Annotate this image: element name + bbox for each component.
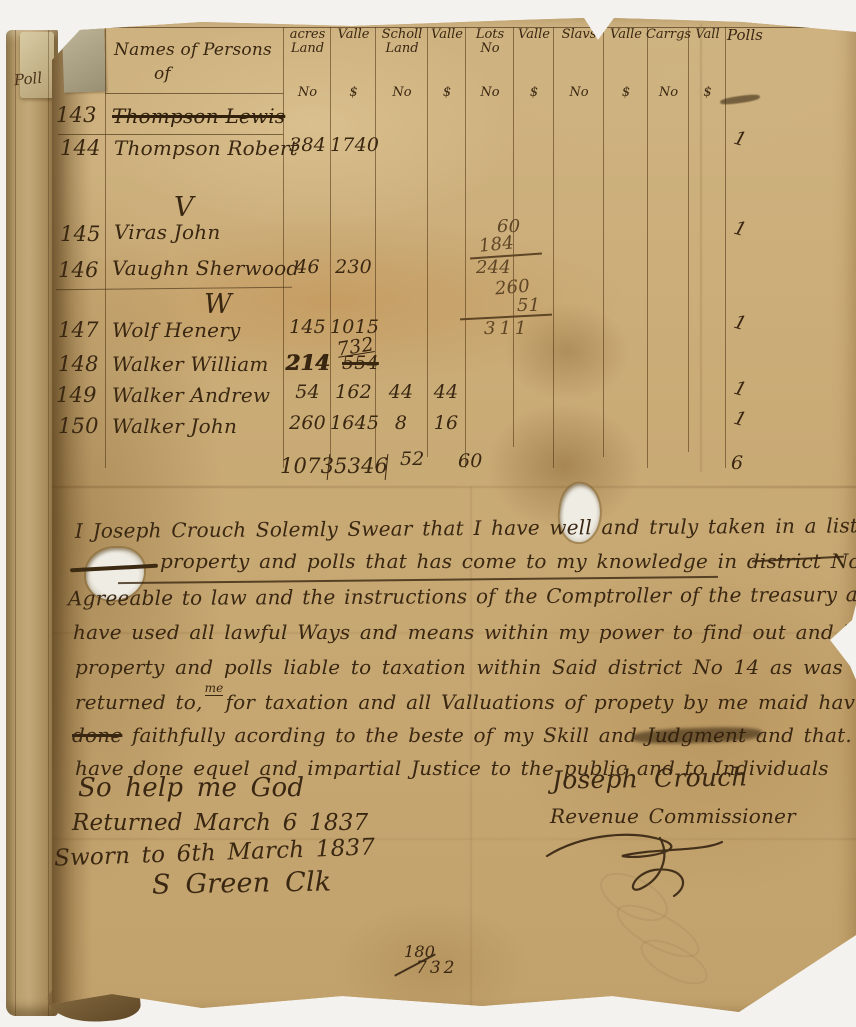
col-unit: $ <box>530 86 538 100</box>
fold-line <box>48 30 49 1016</box>
row-146-underline <box>56 287 292 290</box>
col-label: Vall <box>695 28 719 42</box>
section-letter-v: V <box>174 192 194 223</box>
col-label: Slavs <box>562 28 597 42</box>
oath-line-6: returned to,mefor taxation and all Vallu… <box>75 690 856 714</box>
colhead-valle-1: Valle $ <box>332 28 375 100</box>
fold-crease <box>52 486 856 488</box>
col-label: Lots No <box>467 28 513 55</box>
col-unit: $ <box>349 86 357 100</box>
acres-valuation: 162 <box>330 381 377 403</box>
col-label: Carrgs <box>646 28 691 42</box>
column-rule <box>553 27 554 468</box>
inserted-word: me <box>205 681 224 696</box>
column-rule <box>105 27 106 468</box>
colhead-acres-land: acres Land No <box>285 28 330 100</box>
clerk-signature: S Green Clk <box>152 866 332 900</box>
row-number: 150 <box>58 414 99 438</box>
fraction-denominator: 732 <box>416 958 457 978</box>
scanned-document: Poll 1 1 1 1 1 1 1 1 1 1 1 1 1 15 <box>0 0 856 1027</box>
so-help-me-god: So help me God <box>78 773 304 803</box>
colhead-scholl-land: Scholl Land No <box>377 28 427 100</box>
column-rule <box>725 27 726 468</box>
colhead-valle-2: Valle $ <box>429 28 465 100</box>
acres-valuation: 1740 <box>330 134 377 156</box>
colhead-valle-4: Valle $ <box>605 28 647 100</box>
tape-patch <box>62 27 106 92</box>
acres-valuation: 230 <box>330 256 377 278</box>
struck-valuation: 554 <box>342 352 379 374</box>
col-label: Valle <box>338 28 370 42</box>
row-name: Walker Andrew <box>112 383 270 407</box>
names-header: Names of Persons <box>114 40 272 60</box>
col-unit: $ <box>703 86 711 100</box>
row-number: 149 <box>56 383 97 407</box>
school-land-value: 44 <box>375 381 427 403</box>
col-unit: No <box>569 86 588 100</box>
margin-arith: 51 <box>517 295 540 316</box>
signature-joseph-crouch: Joseph Crouch <box>552 762 748 794</box>
row-name: Wolf Henery <box>112 318 240 342</box>
column-rule <box>647 27 648 468</box>
col-label: Scholl Land <box>377 28 427 55</box>
row-number: 144 <box>60 136 101 160</box>
row-name: Thompson Robert <box>114 136 298 160</box>
total-polls: 6 <box>731 452 743 474</box>
total-school-val: 60 <box>458 450 483 472</box>
polls-tick: 1 <box>731 407 749 432</box>
polls-tick: 1 <box>731 217 749 242</box>
oath-line-6-start: returned to, <box>75 690 203 714</box>
col-unit: No <box>480 86 499 100</box>
acres-valuation: 1645 <box>330 412 377 434</box>
school-land-valuation: 16 <box>425 412 467 434</box>
column-rule <box>283 27 284 468</box>
struck-word: done <box>72 723 122 747</box>
school-land-valuation: 44 <box>425 381 467 403</box>
oath-line-1: I Joseph Crouch Solemly Swear that I hav… <box>75 513 856 543</box>
col-label: Polls <box>727 28 763 44</box>
col-label: Valle <box>610 28 642 42</box>
colhead-valle-3: Valle $ <box>515 28 553 100</box>
fold-crease <box>52 838 856 840</box>
col-unit: No <box>392 86 411 100</box>
margin-arith: 184 <box>478 232 515 257</box>
polls-tick: 1 <box>731 377 749 402</box>
col-label: acres Land <box>285 28 330 55</box>
row-number: 148 <box>58 352 99 376</box>
total-school: 52 <box>400 448 425 470</box>
col-unit: $ <box>622 86 630 100</box>
row-number: 145 <box>60 222 101 246</box>
section-letter-w: W <box>204 289 232 320</box>
school-land-value: 8 <box>375 412 427 434</box>
ledger-page: Names of Persons of acres Land No Valle … <box>52 16 856 1012</box>
acres-value: 54 <box>285 381 330 403</box>
row-name: Walker William <box>112 352 269 376</box>
margin-arith: 311 <box>484 318 530 339</box>
prev-page-polls-header: Poll <box>13 69 43 89</box>
colhead-polls: Polls <box>727 28 797 100</box>
column-rule <box>603 27 604 457</box>
polls-tick: 1 <box>731 127 749 152</box>
col-unit: No <box>659 86 678 100</box>
col-unit: No <box>298 86 317 100</box>
acres-value: 260 <box>285 412 330 434</box>
col-label: Valle <box>518 28 550 42</box>
title-revenue-commissioner: Revenue Commissioner <box>550 804 796 828</box>
row-143-underline <box>58 134 283 135</box>
colhead-slavs: Slavs No <box>555 28 603 100</box>
total-acres-val: 5346 <box>334 454 388 478</box>
oath-line-4: have used all lawful Ways and means with… <box>73 620 856 644</box>
col-label: Valle <box>431 28 463 42</box>
margin-arith: 244 <box>476 257 511 278</box>
oath-line-3: Agreeable to law and the instructions of… <box>68 582 856 611</box>
colhead-vall: Vall $ <box>690 28 725 100</box>
colhead-carrgs: Carrgs No <box>649 28 688 100</box>
acres-value: 145 <box>285 316 330 338</box>
col-unit: $ <box>443 86 451 100</box>
row-name: Walker John <box>112 414 237 438</box>
oath-line-5: property and polls liable to taxation wi… <box>75 655 856 679</box>
colhead-lots: Lots No No <box>467 28 513 100</box>
returned-date: Returned March 6 1837 <box>72 810 368 836</box>
polls-tick: 1 <box>731 311 749 336</box>
names-header-underline <box>105 93 283 94</box>
row-number: 146 <box>58 258 99 282</box>
column-rule <box>688 27 689 452</box>
total-acres: 1073 <box>280 454 334 478</box>
names-header-of: of <box>154 64 171 84</box>
row-number: 143 <box>56 103 97 127</box>
row-number: 147 <box>58 318 99 342</box>
row-name: Vaughn Sherwood <box>112 256 299 280</box>
fold-line <box>15 30 16 1016</box>
row-name-struck: Thompson Lewis <box>112 104 285 128</box>
acres-value-overwritten: 214 <box>285 350 330 375</box>
oath-line-6-rest: for taxation and all Valluations of prop… <box>225 690 856 714</box>
acres-value: 384 <box>285 134 330 156</box>
acres-value: 46 <box>285 256 330 278</box>
row-name: Viras John <box>114 220 220 244</box>
previous-page-edge: Poll 1 1 1 1 1 1 1 1 1 1 1 1 1 15 <box>6 30 58 1016</box>
